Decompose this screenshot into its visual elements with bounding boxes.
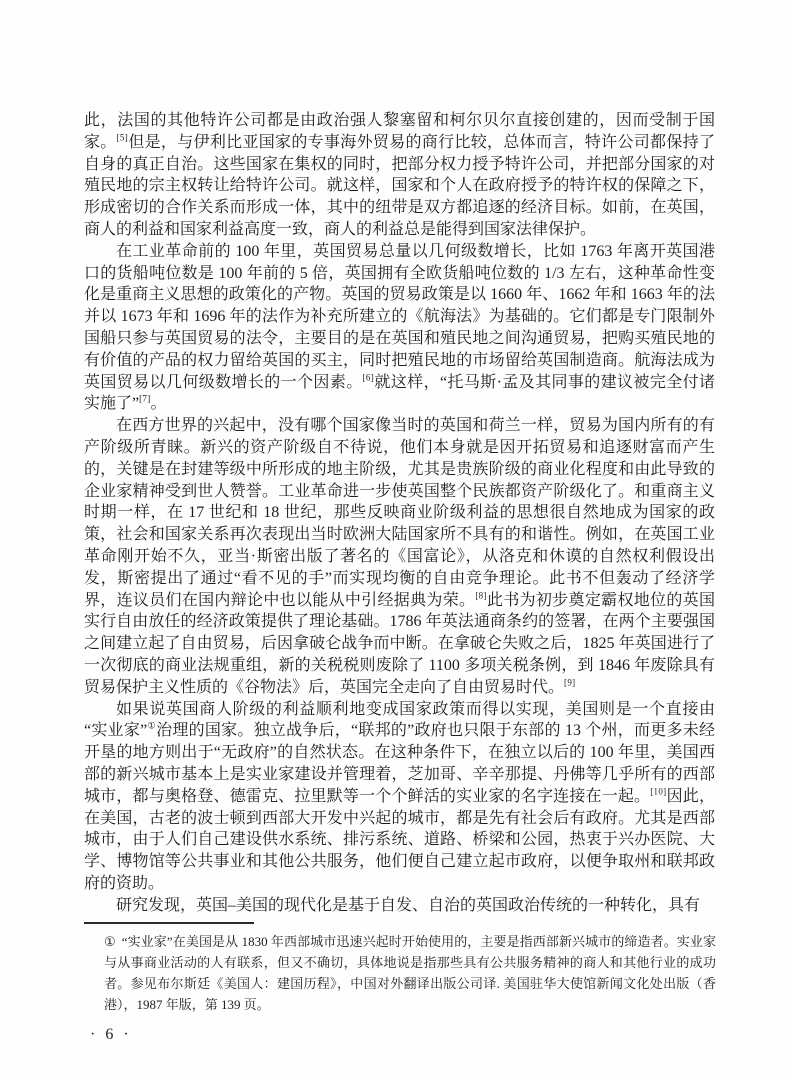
footnote-ref: [10]: [650, 786, 666, 796]
document-page: 此，法国的其他特许公司都是由政治强人黎塞留和柯尔贝尔直接创建的，因而受制于国家。…: [0, 0, 793, 1077]
footnote-separator: [84, 922, 254, 924]
paragraph: 此，法国的其他特许公司都是由政治强人黎塞留和柯尔贝尔直接创建的，因而受制于国家。…: [84, 110, 715, 241]
text-run: 。: [151, 395, 167, 412]
body-text: 此，法国的其他特许公司都是由政治强人黎塞留和柯尔贝尔直接创建的，因而受制于国家。…: [84, 110, 715, 916]
footnote-ref: [6]: [363, 372, 374, 382]
footnote-text: “实业家”在美国是从 1830 年西部城市迅速兴起时开始使用的，主要是指西部新兴…: [104, 934, 716, 1012]
footnote-ref: [9]: [564, 677, 575, 687]
footnote-marker: ①: [104, 934, 116, 949]
paragraph: 在工业革命前的 100 年里，英国贸易总量以几何级数增长，比如 1763 年离开…: [84, 241, 715, 415]
text-run: 研究发现，英国–美国的现代化是基于自发、自治的英国政治传统的一种转化，具有: [116, 897, 700, 914]
text-run: 在西方世界的兴起中，没有哪个国家像当时的英国和荷兰一样，贸易为国内所有的有产阶级…: [84, 417, 715, 608]
text-run: 治理的国家。独立战争后，“联邦的”政府也只限于东部的 13 个州，而更多未经开垦…: [84, 722, 715, 804]
text-run: 但是，与伊利比亚国家的专事海外贸易的商行比较，总体而言，特许公司都保持了自身的真…: [84, 134, 715, 238]
footnote-ref: [5]: [117, 132, 128, 142]
paragraph: 在西方世界的兴起中，没有哪个国家像当时的英国和荷兰一样，贸易为国内所有的有产阶级…: [84, 415, 715, 698]
page-number: · 6 ·: [90, 1026, 132, 1044]
footnote-ref: ①: [147, 721, 156, 731]
paragraph: 研究发现，英国–美国的现代化是基于自发、自治的英国政治传统的一种转化，具有: [84, 895, 715, 917]
text-run: 在工业革命前的 100 年里，英国贸易总量以几何级数增长，比如 1763 年离开…: [84, 243, 715, 391]
paragraph: 如果说英国商人阶级的利益顺利地变成国家政策而得以实现，美国则是一个直接由“实业家…: [84, 699, 715, 895]
footnote-ref: [8]: [475, 590, 486, 600]
footnote-ref: [7]: [139, 394, 150, 404]
footnote: ①“实业家”在美国是从 1830 年西部城市迅速兴起时开始使用的，主要是指西部新…: [104, 931, 716, 1015]
